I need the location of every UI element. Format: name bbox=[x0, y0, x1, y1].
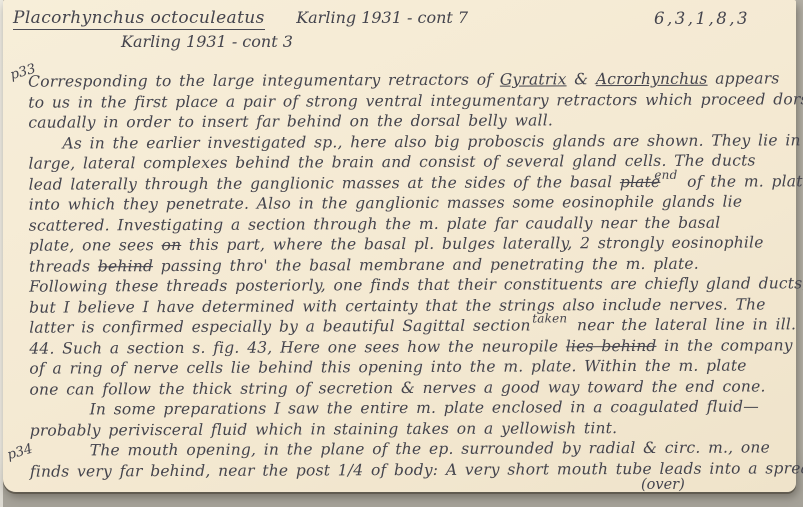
text-segment: this part, where the basal pl. bulges la… bbox=[181, 233, 763, 254]
text-segment: passing thro' the basal membrane and pen… bbox=[153, 254, 699, 274]
text-segment: & bbox=[567, 70, 596, 88]
text-segment: into which they penetrate. Also in the g… bbox=[29, 193, 743, 214]
species-title: Placorhynchus octoculeatus bbox=[13, 8, 265, 30]
text-segment: appears bbox=[708, 69, 780, 87]
struck-text: on bbox=[161, 236, 181, 254]
handwritten-line: of a ring of nerve cells lie behind this… bbox=[29, 355, 790, 379]
handwritten-line: Corresponding to the large integumentary… bbox=[28, 68, 789, 92]
handwritten-line: plate, one sees on this part, where the … bbox=[29, 232, 790, 256]
handwritten-line: In some preparations I saw the entire m.… bbox=[30, 396, 791, 420]
text-segment: but I believe I have determined with cer… bbox=[29, 295, 766, 316]
text-segment: caudally in order to insert far behind o… bbox=[28, 111, 553, 131]
over-note: (over) bbox=[641, 477, 685, 493]
text-segment: threads bbox=[29, 257, 98, 275]
text-segment: scattered. Investigating a section throu… bbox=[29, 213, 721, 234]
struck-text: lies behind bbox=[566, 336, 657, 354]
inserted-text: taken bbox=[532, 308, 567, 329]
text-segment: one can follow the thick string of secre… bbox=[29, 377, 765, 398]
text-segment: to us in the first place a pair of stron… bbox=[28, 90, 803, 111]
text-segment: As in the earlier investigated sp., here… bbox=[62, 131, 803, 152]
text-segment: In some preparations I saw the entire m.… bbox=[90, 397, 759, 418]
handwritten-line: latter is confirmed especially by a beau… bbox=[29, 314, 790, 338]
text-segment: near the lateral line in ill. bbox=[569, 315, 796, 334]
text-segment: Corresponding to the large integumentary… bbox=[28, 71, 500, 91]
text-segment: large, lateral complexes behind the brai… bbox=[28, 151, 755, 172]
handwritten-line: to us in the first place a pair of stron… bbox=[28, 89, 789, 113]
note-card: Placorhynchus octoculeatus Karling 1931 … bbox=[3, 0, 796, 492]
text-segment: plate, one sees bbox=[29, 236, 162, 255]
text-segment: probably perivisceral fluid which in sta… bbox=[30, 419, 618, 440]
inserted-text: end bbox=[654, 164, 677, 185]
card-subheader: Karling 1931 - cont 3 bbox=[121, 32, 293, 51]
card-header: Placorhynchus octoculeatus Karling 1931 … bbox=[13, 8, 468, 28]
text-segment: 44. Such a section s. fig. 43, Here one … bbox=[29, 337, 566, 357]
text-segment: Following these threads posteriorly, one… bbox=[29, 274, 803, 295]
underlined-text: Acrorhynchus bbox=[596, 70, 708, 88]
handwritten-line: The mouth opening, in the plane of the e… bbox=[30, 437, 791, 461]
text-segment: finds very far behind, near the post 1/4… bbox=[30, 459, 803, 481]
body-lines: Corresponding to the large integumentary… bbox=[28, 68, 791, 481]
handwritten-line: into which they penetrate. Also in the g… bbox=[29, 191, 790, 215]
text-segment: The mouth opening, in the plane of the e… bbox=[90, 438, 770, 459]
underlined-text: Gyratrix bbox=[500, 70, 567, 88]
text-segment: in the company bbox=[656, 336, 792, 355]
citation-text: Karling 1931 - cont 7 bbox=[296, 8, 468, 27]
text-segment: of a ring of nerve cells lie behind this… bbox=[29, 357, 746, 378]
handwritten-line: Following these threads posteriorly, one… bbox=[29, 273, 790, 297]
text-segment: of the m. plate, bbox=[679, 172, 803, 191]
text-segment: lead laterally through the ganglionic ma… bbox=[29, 173, 620, 194]
text-segment: latter is confirmed especially by a beau… bbox=[29, 316, 538, 336]
catalog-number: 6,3,1,8,3 bbox=[654, 9, 750, 28]
struck-text: behind bbox=[98, 257, 153, 275]
